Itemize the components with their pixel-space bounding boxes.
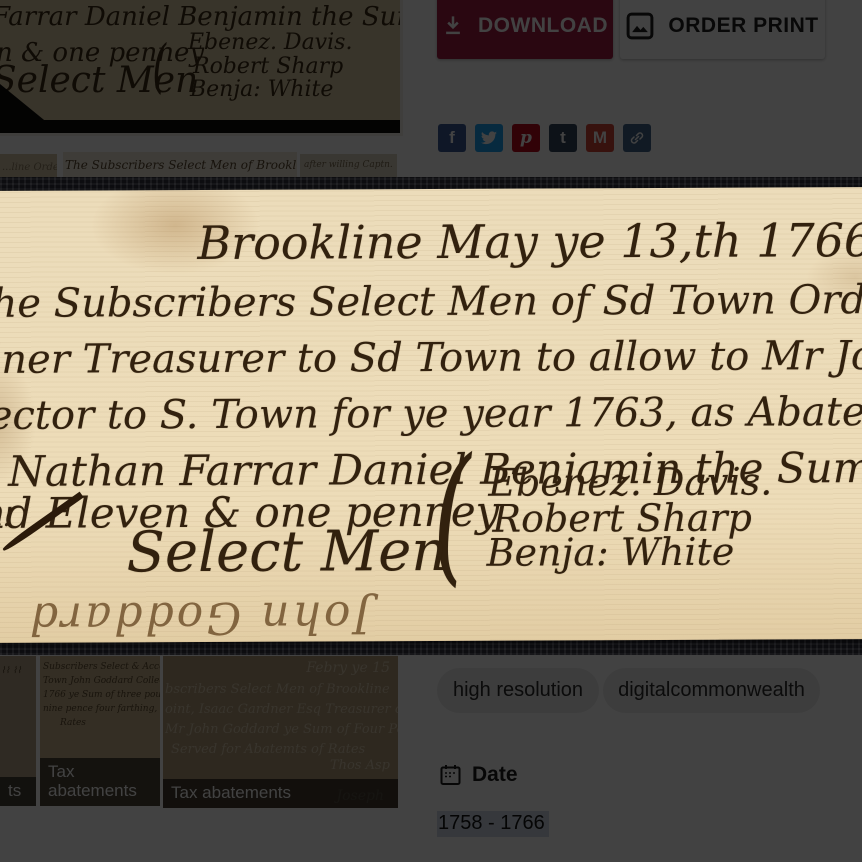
manuscript-date-line: Brookline May ye 13,th 1766 — [197, 213, 862, 270]
manuscript-line: dner Treasurer to Sd Town to allow to Mr… — [0, 332, 862, 383]
manuscript-select-men: Select Men — [126, 519, 447, 585]
manuscript-marks: ..! — [0, 503, 13, 533]
manuscript-line: the Subscribers Select Men of Sd Town Or… — [0, 276, 862, 327]
manuscript-line: lector to S. Town for ye year 1763, as A… — [0, 388, 862, 439]
manuscript-flipped-text: John Goddard — [27, 591, 371, 644]
manuscript-paper: Brookline May ye 13,th 1766 the Subscrib… — [0, 187, 862, 643]
manuscript-signature: Benja: White — [487, 530, 735, 575]
lightbox-image[interactable]: Brookline May ye 13,th 1766 the Subscrib… — [0, 177, 862, 655]
